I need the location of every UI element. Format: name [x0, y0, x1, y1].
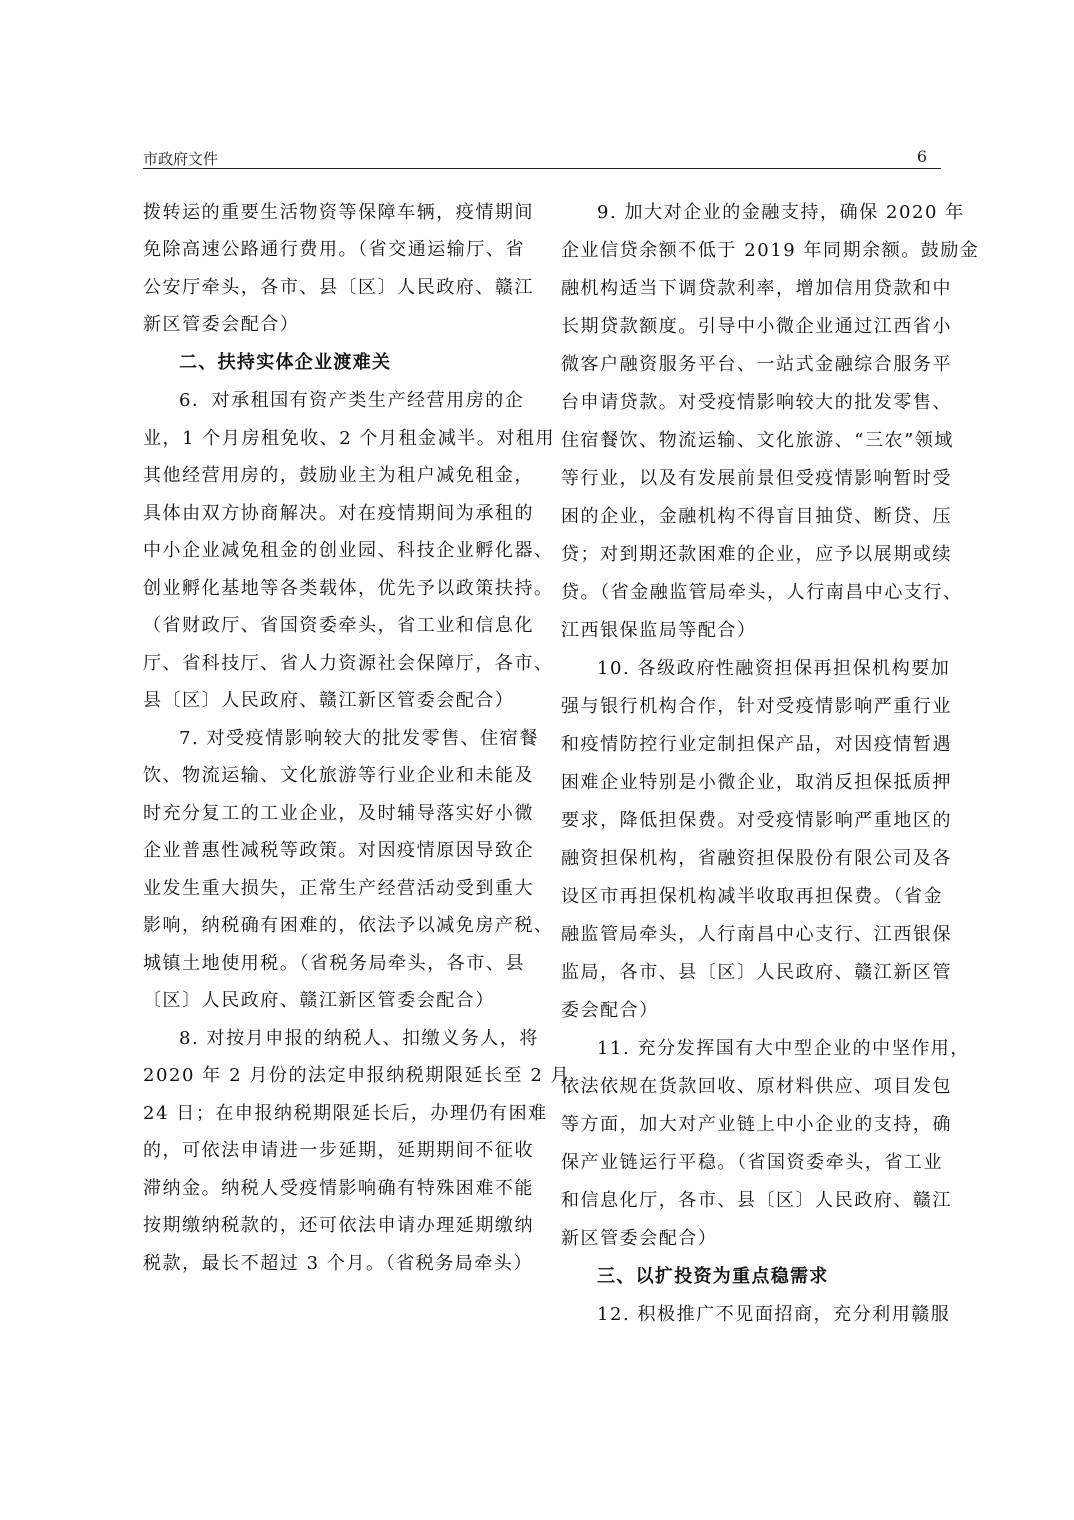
text-line: 按期缴纳税款的，还可依法申请办理延期缴纳 — [143, 1214, 534, 1238]
text-line: 拨转运的重要生活物资等保障车辆，疫情期间 — [143, 201, 534, 225]
text-line: 融监管局牵头，人行南昌中心支行、江西银保 — [561, 923, 952, 947]
text-line: 6．对承租国有资产类生产经营用房的企 — [179, 389, 524, 413]
text-line: 创业孵化基地等各类载体，优先予以政策扶持。 — [143, 577, 554, 601]
text-line: 厅、省科技厅、省人力资源社会保障厅，各市、 — [143, 652, 554, 676]
section-heading: 三、以扩投资为重点稳需求 — [597, 1265, 829, 1289]
text-line: 等行业，以及有发展前景但受疫情影响暂时受 — [561, 467, 952, 491]
text-line: 滞纳金。纳税人受疫情影响确有特殊困难不能 — [143, 1177, 534, 1201]
text-line: 中小企业减免租金的创业园、科技企业孵化器、 — [143, 539, 554, 563]
text-line: 其他经营用房的，鼓励业主为租户减免租金， — [143, 464, 534, 488]
text-line: 业发生重大损失，正常生产经营活动受到重大 — [143, 877, 534, 901]
text-line: 监局，各市、县〔区〕人民政府、赣江新区管 — [561, 961, 952, 985]
text-line: 和信息化厅，各市、县〔区〕人民政府、赣江 — [561, 1189, 952, 1213]
text-line: 7. 对受疫情影响较大的批发零售、住宿餐 — [179, 727, 539, 751]
text-line: 贷；对到期还款困难的企业，应予以展期或续 — [561, 543, 952, 567]
text-line: （省财政厅、省国资委牵头，省工业和信息化 — [143, 614, 534, 638]
text-line: 困的企业，金融机构不得盲目抽贷、断贷、压 — [561, 505, 952, 529]
text-line: 台申请贷款。对受疫情影响较大的批发零售、 — [561, 391, 952, 415]
text-line: 企业普惠性减税等政策。对因疫情原因导致企 — [143, 839, 534, 863]
text-line: 依法依规在货款回收、原材料供应、项目发包 — [561, 1075, 952, 1099]
text-line: 公安厅牵头，各市、县〔区〕人民政府、赣江 — [143, 276, 534, 300]
text-line: 11. 充分发挥国有大中型企业的中坚作用， — [597, 1037, 970, 1061]
text-line: 强与银行机构合作，针对受疫情影响严重行业 — [561, 695, 952, 719]
text-line: 具体由双方协商解决。对在疫情期间为承租的 — [143, 502, 534, 526]
text-line: 影响，纳税确有困难的，依法予以减免房产税、 — [143, 914, 554, 938]
text-line: 饮、物流运输、文化旅游等行业企业和未能及 — [143, 764, 534, 788]
text-line: 设区市再担保机构减半收取再担保费。（省金 — [561, 885, 943, 909]
text-line: 的，可依法申请进一步延期，延期期间不征收 — [143, 1139, 534, 1163]
text-line: 贷。（省金融监管局牵头，人行南昌中心支行、 — [561, 581, 963, 605]
text-line: 新区管委会配合） — [143, 313, 299, 337]
text-line: 江西银保监局等配合） — [561, 619, 757, 643]
section-heading: 二、扶持实体企业渡难关 — [179, 351, 391, 375]
text-line: 2020 年 2 月份的法定申报纳税期限延长至 2 月 — [143, 1064, 570, 1088]
page-number: 6 — [917, 147, 927, 166]
text-line: 时充分复工的工业企业，及时辅导落实好小微 — [143, 802, 534, 826]
text-line: 要求，降低担保费。对受疫情影响严重地区的 — [561, 809, 952, 833]
text-line: 税款，最长不超过 3 个月。（省税务局牵头） — [143, 1252, 533, 1276]
header-title: 市政府文件 — [143, 148, 218, 169]
text-line: 住宿餐饮、物流运输、文化旅游、“三农”领域 — [561, 429, 954, 453]
text-line: 免除高速公路通行费用。（省交通运输厅、省 — [143, 238, 525, 262]
text-line: 新区管委会配合） — [561, 1227, 717, 1251]
text-line: 10. 各级政府性融资担保再担保机构要加 — [597, 657, 950, 681]
text-line: 融机构适当下调贷款利率，增加信用贷款和中 — [561, 277, 952, 301]
text-line: 〔区〕人民政府、赣江新区管委会配合） — [143, 989, 495, 1013]
text-line: 保产业链运行平稳。（省国资委牵头，省工业 — [561, 1151, 943, 1175]
text-line: 融资担保机构，省融资担保股份有限公司及各 — [561, 847, 952, 871]
text-line: 县〔区〕人民政府、赣江新区管委会配合） — [143, 689, 514, 713]
text-line: 业，1 个月房租免收、2 个月租金减半。对租用 — [143, 427, 555, 451]
text-line: 微客户融资服务平台、一站式金融综合服务平 — [561, 353, 952, 377]
text-line: 城镇土地使用税。（省税务局牵头，各市、县 — [143, 952, 525, 976]
text-line: 和疫情防控行业定制担保产品，对因疫情暂遇 — [561, 733, 952, 757]
text-line: 24 日；在申报纳税期限延长后，办理仍有困难 — [143, 1102, 548, 1126]
text-line: 企业信贷余额不低于 2019 年同期余额。鼓励金 — [561, 239, 979, 263]
text-line: 12. 积极推广不见面招商，充分利用赣服 — [597, 1303, 950, 1327]
text-line: 8. 对按月申报的纳税人、扣缴义务人，将 — [179, 1027, 539, 1051]
page-header: 市政府文件 6 — [143, 148, 941, 169]
text-line: 9. 加大对企业的金融支持，确保 2020 年 — [597, 201, 965, 225]
text-line: 等方面，加大对产业链上中小企业的支持，确 — [561, 1113, 952, 1137]
text-line: 委会配合） — [561, 999, 659, 1023]
text-line: 困难企业特别是小微企业，取消反担保抵质押 — [561, 771, 952, 795]
text-line: 长期贷款额度。引导中小微企业通过江西省小 — [561, 315, 952, 339]
